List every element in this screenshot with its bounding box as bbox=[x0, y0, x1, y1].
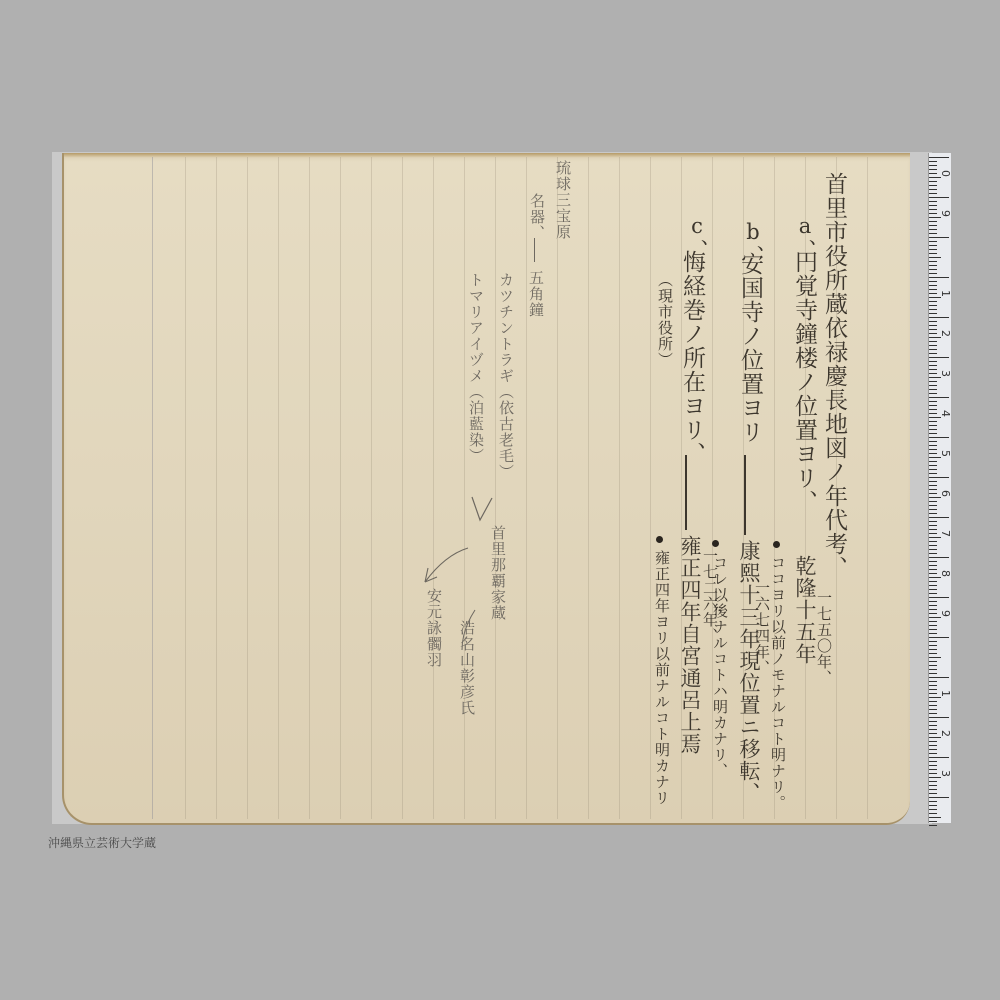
ruler-tick bbox=[929, 757, 949, 758]
ruler-tick bbox=[929, 205, 937, 206]
ruler-tick bbox=[929, 753, 937, 754]
ruler-tick bbox=[929, 705, 937, 706]
ruler-tick bbox=[929, 581, 937, 582]
ruler-tick bbox=[929, 313, 937, 314]
ruler-tick bbox=[929, 769, 937, 770]
ruler-tick bbox=[929, 825, 937, 826]
checkmark-icon bbox=[472, 497, 492, 520]
ruler-tick bbox=[929, 697, 941, 698]
ruler-tick bbox=[929, 333, 937, 334]
ruler-tick bbox=[929, 661, 937, 662]
ruler-tick bbox=[929, 817, 941, 818]
ruler-label: 5 bbox=[939, 450, 952, 457]
ruler-tick bbox=[929, 433, 937, 434]
ruler-tick bbox=[929, 441, 937, 442]
ruler-tick bbox=[929, 473, 937, 474]
ruler-tick bbox=[929, 777, 941, 778]
ruler-tick bbox=[929, 485, 937, 486]
ruler-tick bbox=[929, 545, 937, 546]
ruler-tick bbox=[929, 677, 949, 678]
ruler-tick bbox=[929, 645, 937, 646]
ruler-tick bbox=[929, 665, 937, 666]
ruler-tick bbox=[929, 553, 937, 554]
ruler-tick bbox=[929, 633, 937, 634]
ruler-tick bbox=[929, 805, 937, 806]
ruler-tick bbox=[929, 281, 937, 282]
ruler-tick bbox=[929, 161, 937, 162]
ruler-tick bbox=[929, 173, 937, 174]
ruler-tick bbox=[929, 601, 937, 602]
ruler-tick bbox=[929, 273, 937, 274]
ruler-tick bbox=[929, 349, 937, 350]
ruler-tick bbox=[929, 437, 949, 438]
ruler-tick bbox=[929, 193, 937, 194]
ruler-tick bbox=[929, 733, 937, 734]
ruler-tick bbox=[929, 341, 937, 342]
ruler-tick bbox=[929, 537, 941, 538]
ruler-tick bbox=[929, 561, 937, 562]
ruler-tick bbox=[929, 761, 937, 762]
ruler-tick bbox=[929, 713, 937, 714]
ruler-label: 9 bbox=[939, 210, 952, 217]
ruler-tick bbox=[929, 569, 937, 570]
ruler-tick bbox=[929, 749, 937, 750]
ruler-label: 1 bbox=[939, 290, 952, 297]
ruler-tick bbox=[929, 165, 937, 166]
ruler-tick bbox=[929, 293, 937, 294]
ruler-tick bbox=[929, 265, 937, 266]
ruler-tick bbox=[929, 401, 937, 402]
ruler-tick bbox=[929, 669, 937, 670]
ruler-tick bbox=[929, 345, 937, 346]
ruler-tick bbox=[929, 421, 937, 422]
ruler-tick bbox=[929, 801, 937, 802]
ruler-tick bbox=[929, 317, 949, 318]
ruler-tick bbox=[929, 793, 937, 794]
ruler-tick bbox=[929, 709, 937, 710]
ruler-tick bbox=[929, 605, 937, 606]
ruler-tick bbox=[929, 425, 937, 426]
ruler-tick bbox=[929, 297, 941, 298]
ruler-tick bbox=[929, 453, 937, 454]
ruler-tick bbox=[929, 189, 937, 190]
ruler-tick bbox=[929, 689, 937, 690]
ruler-tick bbox=[929, 233, 937, 234]
ruler-tick bbox=[929, 393, 937, 394]
ruler-tick bbox=[929, 653, 937, 654]
ruler-tick bbox=[929, 745, 937, 746]
ruler-tick bbox=[929, 221, 937, 222]
ruler-label: 9 bbox=[939, 610, 952, 617]
ruler-tick bbox=[929, 277, 949, 278]
ruler-label: 7 bbox=[939, 530, 952, 537]
ruler-tick bbox=[929, 249, 937, 250]
ruler-tick bbox=[929, 557, 949, 558]
ruler-tick bbox=[929, 509, 937, 510]
ruler-tick bbox=[929, 413, 937, 414]
ruler-tick bbox=[929, 701, 937, 702]
ruler-tick bbox=[929, 533, 937, 534]
ruler-tick bbox=[929, 357, 949, 358]
ruler-tick bbox=[929, 513, 937, 514]
ruler-tick bbox=[929, 493, 937, 494]
ruler-tick bbox=[929, 261, 937, 262]
ruler-tick bbox=[929, 397, 949, 398]
ruler-tick bbox=[929, 637, 949, 638]
ruler-tick bbox=[929, 245, 937, 246]
ruler-tick bbox=[929, 617, 941, 618]
ruler-tick bbox=[929, 381, 937, 382]
ruler-tick bbox=[929, 369, 937, 370]
ruler-tick bbox=[929, 257, 941, 258]
ruler-tick bbox=[929, 585, 937, 586]
ruler-tick bbox=[929, 549, 937, 550]
ruler-label: 4 bbox=[939, 410, 952, 417]
ruler-tick bbox=[929, 449, 937, 450]
ruler-tick bbox=[929, 501, 937, 502]
ruler-tick bbox=[929, 201, 937, 202]
ruler-tick bbox=[929, 597, 949, 598]
ruler-tick bbox=[929, 309, 937, 310]
ruler-tick bbox=[929, 365, 937, 366]
ruler-tick bbox=[929, 741, 937, 742]
ruler-tick bbox=[929, 813, 937, 814]
ruler-tick bbox=[929, 725, 937, 726]
ruler-tick bbox=[929, 609, 937, 610]
ruler-label: 0 bbox=[939, 170, 952, 177]
ruler-tick bbox=[929, 241, 937, 242]
ruler-tick bbox=[929, 721, 937, 722]
ruler-tick bbox=[929, 445, 937, 446]
ruler-tick bbox=[929, 577, 941, 578]
ruler-tick bbox=[929, 737, 941, 738]
ruler-tick bbox=[929, 181, 937, 182]
ruler-tick bbox=[929, 629, 937, 630]
ruler-tick bbox=[929, 481, 937, 482]
ruler-tick bbox=[929, 389, 937, 390]
ruler-label: 3 bbox=[939, 770, 952, 777]
ruler-tick bbox=[929, 529, 937, 530]
ruler-tick bbox=[929, 641, 937, 642]
ruler-tick bbox=[929, 573, 937, 574]
ruler-tick bbox=[929, 353, 937, 354]
ruler-label: 6 bbox=[939, 490, 952, 497]
ruler-tick bbox=[929, 417, 941, 418]
ruler-tick bbox=[929, 821, 937, 822]
ruler-tick bbox=[929, 565, 937, 566]
ruler-tick bbox=[929, 685, 937, 686]
ruler-tick bbox=[929, 321, 937, 322]
ruler-tick bbox=[929, 477, 949, 478]
ruler-tick bbox=[929, 497, 941, 498]
ruler-tick bbox=[929, 673, 937, 674]
ruler-tick bbox=[929, 229, 937, 230]
ruler-tick bbox=[929, 337, 941, 338]
ruler-tick bbox=[929, 385, 937, 386]
ruler-tick bbox=[929, 461, 937, 462]
ruler-tick bbox=[929, 157, 949, 158]
ruler-tick bbox=[929, 649, 937, 650]
ruler-tick bbox=[929, 521, 937, 522]
ruler-tick bbox=[929, 729, 937, 730]
ruler-tick bbox=[929, 657, 941, 658]
ruler-tick bbox=[929, 797, 949, 798]
ruler-tick bbox=[929, 285, 937, 286]
ruler-label: 3 bbox=[939, 370, 952, 377]
ruler-tick bbox=[929, 377, 941, 378]
ruler-tick bbox=[929, 781, 937, 782]
ruler-tick bbox=[929, 269, 937, 270]
ruler-tick bbox=[929, 213, 937, 214]
ruler-tick bbox=[929, 625, 937, 626]
ruler-tick bbox=[929, 409, 937, 410]
credit-caption: 沖縄県立芸術大学蔵 bbox=[48, 834, 156, 851]
ruler-tick bbox=[929, 185, 937, 186]
ruler-tick bbox=[929, 773, 937, 774]
ruler-tick bbox=[929, 489, 937, 490]
ruler-tick bbox=[929, 785, 937, 786]
ruler-label: 1 bbox=[939, 690, 952, 697]
ruler-tick bbox=[929, 469, 937, 470]
ruler-tick bbox=[929, 809, 937, 810]
ruler-tick bbox=[929, 693, 937, 694]
ruler-tick bbox=[929, 209, 937, 210]
ruler-tick bbox=[929, 429, 937, 430]
ruler-label: 2 bbox=[939, 730, 952, 737]
ruler-tick bbox=[929, 253, 937, 254]
ruler-tick bbox=[929, 217, 941, 218]
ruler-tick bbox=[929, 613, 937, 614]
ruler-tick bbox=[929, 301, 937, 302]
ruler-tick bbox=[929, 405, 937, 406]
ruler-tick bbox=[929, 765, 937, 766]
ruler-tick bbox=[929, 457, 941, 458]
ruler-tick bbox=[929, 541, 937, 542]
ruler-tick bbox=[929, 305, 937, 306]
ruler-tick bbox=[929, 197, 949, 198]
ruler-tick bbox=[929, 593, 937, 594]
ruler-tick bbox=[929, 505, 937, 506]
ruler-tick bbox=[929, 789, 937, 790]
ruler-tick bbox=[929, 361, 937, 362]
ruler-tick bbox=[929, 517, 949, 518]
ruler-tick bbox=[929, 373, 937, 374]
ruler-tick bbox=[929, 225, 937, 226]
ruler-tick bbox=[929, 177, 941, 178]
ruler-tick bbox=[929, 589, 937, 590]
ruler-tick bbox=[929, 525, 937, 526]
ruler-tick bbox=[929, 621, 937, 622]
arrow-icon bbox=[425, 548, 468, 582]
ruler-tick bbox=[929, 325, 937, 326]
ruler-tick bbox=[929, 465, 937, 466]
ruler-tick bbox=[929, 717, 949, 718]
ruler-label: 2 bbox=[939, 330, 952, 337]
ruler-tick bbox=[929, 681, 937, 682]
ruler-label: 8 bbox=[939, 570, 952, 577]
ruler-tick bbox=[929, 169, 937, 170]
ruler-tick bbox=[929, 237, 949, 238]
measuring-ruler: 09123456789123 bbox=[928, 153, 951, 823]
ruler-tick bbox=[929, 289, 937, 290]
ruler-tick bbox=[929, 329, 937, 330]
